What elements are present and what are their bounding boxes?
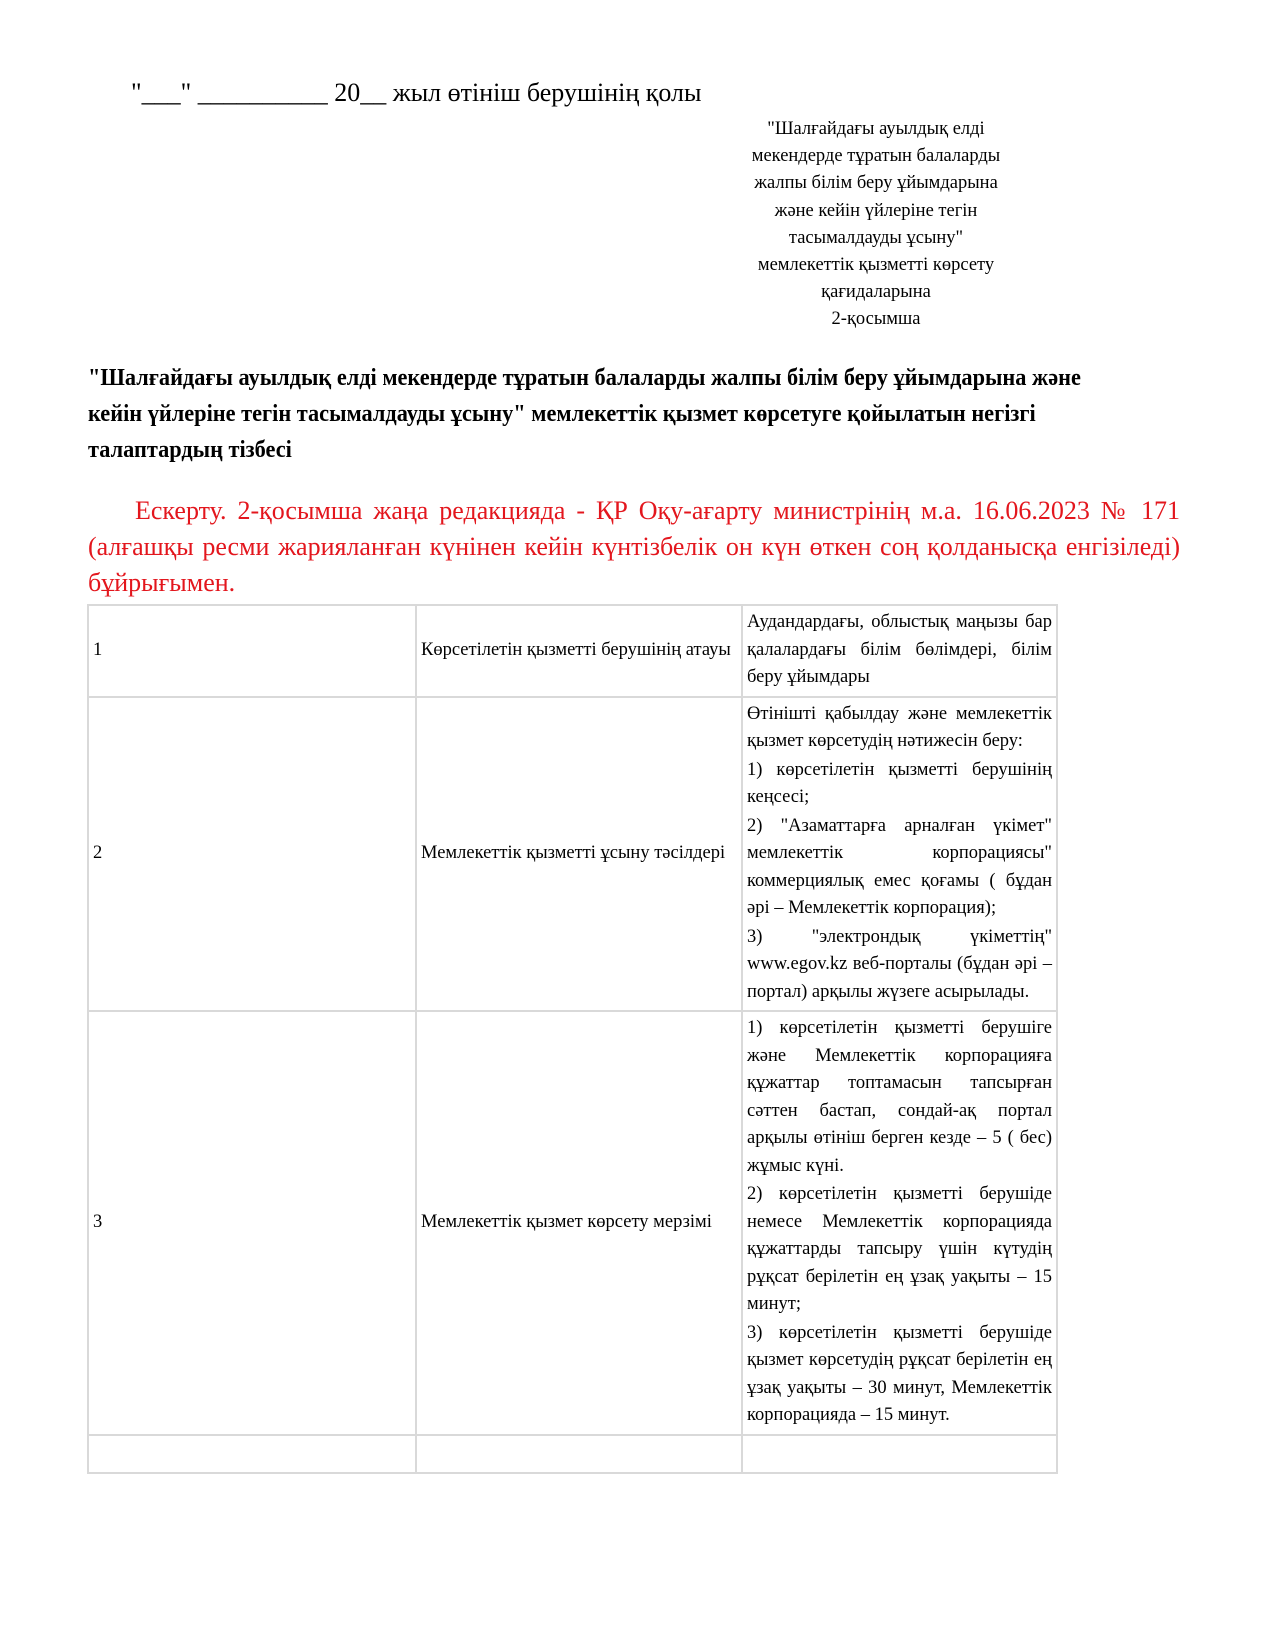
value-paragraph: Өтінішті қабылдау және мемлекеттік қызме… <box>747 701 1052 756</box>
requirement-name: Мемлекеттік қызмет көрсету мерзімі <box>416 1011 742 1435</box>
row-number <box>88 1435 416 1473</box>
table-row <box>88 1435 1057 1473</box>
requirement-value: Өтінішті қабылдау және мемлекеттік қызме… <box>742 697 1057 1012</box>
requirement-value: 1) көрсетілетін қызметті берушіге және М… <box>742 1011 1057 1435</box>
value-paragraph: 3) көрсетілетін қызметті берушіде қызмет… <box>747 1320 1052 1430</box>
appendix-ref-line: мемлекеттік қызметті көрсету <box>716 252 1036 279</box>
appendix-ref-line: 2-қосымша <box>716 306 1036 333</box>
appendix-reference: "Шалғайдағы ауылдық елді мекендерде тұра… <box>716 116 1036 334</box>
appendix-ref-line: жалпы білім беру ұйымдарына <box>716 170 1036 197</box>
amendment-note: Ескерту. 2-қосымша жаңа редакцияда - ҚР … <box>88 493 1180 601</box>
appendix-ref-line: мекендерде тұратын балаларды <box>716 143 1036 170</box>
value-paragraph: Аудандардағы, облыстық маңызы бар қалала… <box>747 609 1052 692</box>
appendix-ref-line: және кейін үйлеріне тегін <box>716 198 1036 225</box>
table-row: 3 Мемлекеттік қызмет көрсету мерзімі 1) … <box>88 1011 1057 1435</box>
requirement-name <box>416 1435 742 1473</box>
row-number: 2 <box>88 697 416 1012</box>
requirement-name: Көрсетілетін қызметті берушінің атауы <box>416 605 742 697</box>
table-row: 1 Көрсетілетін қызметті берушінің атауы … <box>88 605 1057 697</box>
requirements-table: 1 Көрсетілетін қызметті берушінің атауы … <box>87 604 1058 1474</box>
appendix-ref-line: қағидаларына <box>716 279 1036 306</box>
requirement-value: Аудандардағы, облыстық маңызы бар қалала… <box>742 605 1057 697</box>
value-paragraph: 2) көрсетілетін қызметті берушіде немесе… <box>747 1181 1052 1319</box>
requirement-value <box>742 1435 1057 1473</box>
appendix-ref-line: "Шалғайдағы ауылдық елді <box>716 116 1036 143</box>
value-paragraph: 1) көрсетілетін қызметті берушінің кеңсе… <box>747 757 1052 812</box>
table-row: 2 Мемлекеттік қызметті ұсыну тәсілдері Ө… <box>88 697 1057 1012</box>
signature-line: "___" __________ 20__ жыл өтініш берушін… <box>131 78 702 108</box>
row-number: 1 <box>88 605 416 697</box>
requirement-name: Мемлекеттік қызметті ұсыну тәсілдері <box>416 697 742 1012</box>
row-number: 3 <box>88 1011 416 1435</box>
document-title: "Шалғайдағы ауылдық елді мекендерде тұра… <box>88 360 1111 468</box>
value-paragraph: 3) "электрондық үкіметтің" www.egov.kz в… <box>747 924 1052 1007</box>
appendix-ref-line: тасымалдауды ұсыну" <box>716 225 1036 252</box>
value-paragraph: 2) "Азаматтарға арналған үкімет" мемлеке… <box>747 813 1052 923</box>
value-paragraph: 1) көрсетілетін қызметті берушіге және М… <box>747 1015 1052 1180</box>
